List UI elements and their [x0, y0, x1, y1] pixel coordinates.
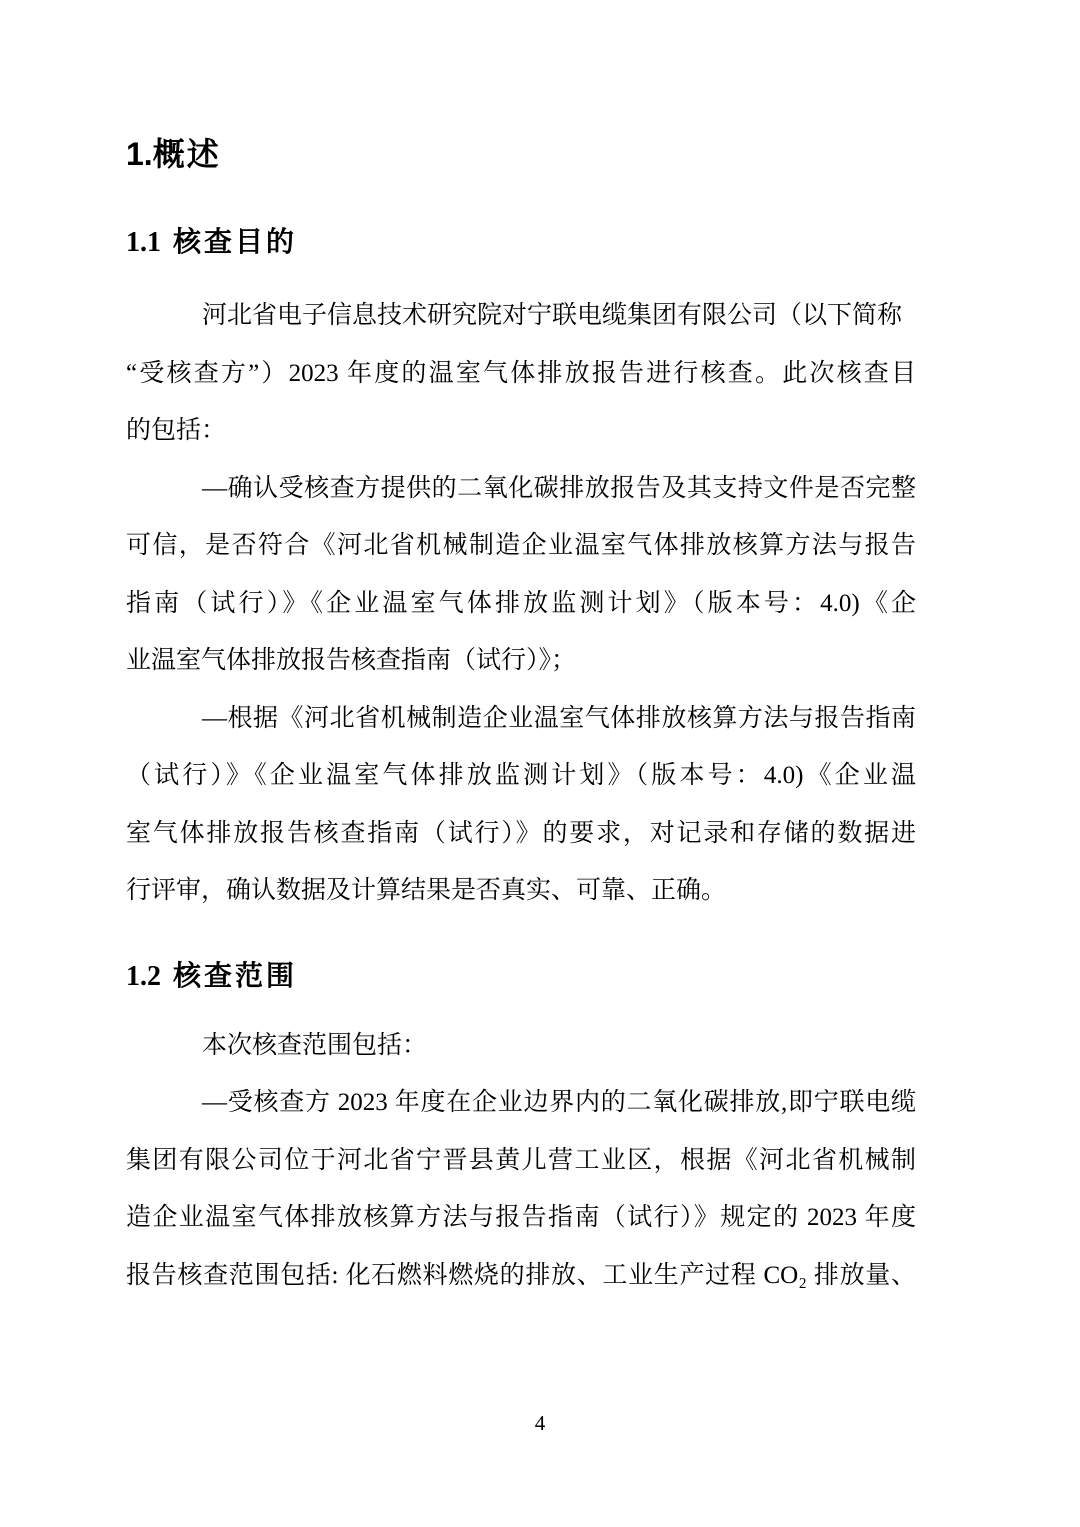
text-line: 集团有限公司位于河北省宁晋县黄儿营工业区，根据《河北省机械制 — [126, 1132, 916, 1190]
paragraph: —根据《河北省机械制造企业温室气体排放核算方法与报告指南 （试行）》《企业温室气… — [126, 690, 916, 920]
text-line: 的包括： — [126, 402, 916, 460]
text-line: 指南（试行）》《企业温室气体排放监测计划》（版本号：4.0)《企 — [126, 575, 916, 633]
heading-text: 概述 — [153, 136, 221, 172]
text-line: 业温室气体排放报告核查指南（试行）》； — [126, 632, 916, 690]
heading-number: 1. — [126, 136, 153, 172]
document-page: 1.概述 1.1核查目的 河北省电子信息技术研究院对宁联电缆集团有限公司（以下简… — [0, 0, 1080, 1527]
heading-number: 1.1 — [126, 227, 161, 258]
paragraph: 本次核查范围包括： — [126, 1017, 916, 1075]
heading-text: 核查目的 — [173, 226, 297, 257]
heading-text: 核查范围 — [173, 960, 297, 991]
page-number: 4 — [0, 1410, 1080, 1436]
paragraph: 河北省电子信息技术研究院对宁联电缆集团有限公司（以下简称 “受核查方”）2023… — [126, 287, 916, 460]
paragraph: —受核查方 2023 年度在企业边界内的二氧化碳排放,即宁联电缆 集团有限公司位… — [126, 1074, 916, 1304]
heading-number: 1.2 — [126, 961, 161, 992]
page-content: 1.概述 1.1核查目的 河北省电子信息技术研究院对宁联电缆集团有限公司（以下简… — [126, 0, 916, 1304]
subsection-heading-1-2: 1.2核查范围 — [126, 954, 916, 999]
section-heading-overview: 1.概述 — [126, 130, 916, 178]
text-line: 室气体排放报告核查指南（试行）》的要求，对记录和存储的数据进 — [126, 805, 916, 863]
text-line: —根据《河北省机械制造企业温室气体排放核算方法与报告指南 — [126, 690, 916, 748]
text-line: 报告核查范围包括: 化石燃料燃烧的排放、工业生产过程 CO₂ 排放量、 — [126, 1247, 916, 1305]
text-line: 河北省电子信息技术研究院对宁联电缆集团有限公司（以下简称 — [126, 287, 916, 345]
text-line: （试行）》《企业温室气体排放监测计划》（版本号：4.0)《企业温 — [126, 747, 916, 805]
text-line: —确认受核查方提供的二氧化碳排放报告及其支持文件是否完整 — [126, 460, 916, 518]
text-line: 行评审，确认数据及计算结果是否真实、可靠、正确。 — [126, 862, 916, 920]
text-line: 本次核查范围包括： — [126, 1017, 916, 1075]
text-line: “受核查方”）2023 年度的温室气体排放报告进行核查。此次核查目 — [126, 345, 916, 403]
paragraph: —确认受核查方提供的二氧化碳排放报告及其支持文件是否完整 可信，是否符合《河北省… — [126, 460, 916, 690]
text-line: 造企业温室气体排放核算方法与报告指南（试行）》规定的 2023 年度 — [126, 1189, 916, 1247]
text-line: 可信，是否符合《河北省机械制造企业温室气体排放核算方法与报告 — [126, 517, 916, 575]
text-line: —受核查方 2023 年度在企业边界内的二氧化碳排放,即宁联电缆 — [126, 1074, 916, 1132]
subsection-heading-1-1: 1.1核查目的 — [126, 220, 916, 265]
